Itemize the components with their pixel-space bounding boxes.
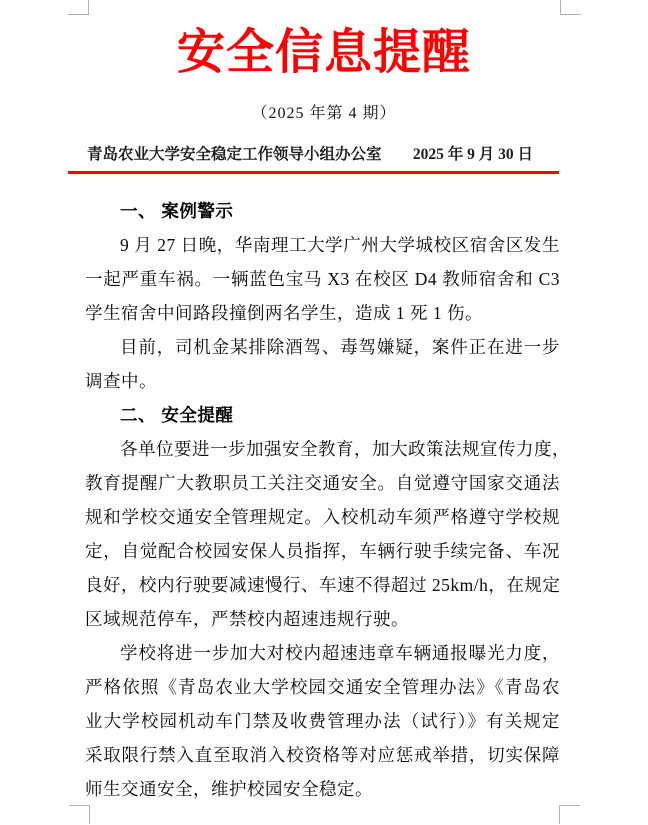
document-page: 安全信息提醒 （2025 年第 4 期） 青岛农业大学安全稳定工作领导小组办公室… xyxy=(0,0,648,825)
section-heading: 一、 案例警示 xyxy=(85,194,560,228)
body-line: 区域规范停车，严禁校内超速违规行驶。 xyxy=(85,602,560,636)
body-line: 目前，司机金某排除酒驾、毒驾嫌疑，案件正在进一步 xyxy=(85,330,560,364)
body-line: 一起严重车祸。一辆蓝色宝马 X3 在校区 D4 教师宿舍和 C3 xyxy=(85,262,560,296)
body-line: 各单位要进一步加强安全教育，加大政策法规宣传力度， xyxy=(85,432,560,466)
margin-crop-mark-bottom-right xyxy=(559,805,580,824)
issue-number: （2025 年第 4 期） xyxy=(0,102,648,126)
body-line: 教育提醒广大教职员工关注交通安全。自觉遵守国家交通法 xyxy=(85,466,560,500)
body-line: 严格依照《青岛农业大学校园交通安全管理办法》《青岛农 xyxy=(85,670,560,704)
body-line: 调查中。 xyxy=(85,364,560,398)
document-body: 一、 案例警示9 月 27 日晚，华南理工大学广州大学城校区宿舍区发生一起严重车… xyxy=(85,194,560,806)
body-line: 定，自觉配合校园安保人员指挥，车辆行驶手续完备、车况 xyxy=(85,534,560,568)
margin-crop-mark-top-right xyxy=(560,0,581,15)
issuer-name: 青岛农业大学安全稳定工作领导小组办公室 xyxy=(87,142,382,168)
issuing-line: 青岛农业大学安全稳定工作领导小组办公室 2025 年 9 月 30 日 xyxy=(87,142,533,168)
section-heading: 二、 安全提醒 xyxy=(85,398,560,432)
body-line: 采取限行禁入直至取消入校资格等对应惩戒举措，切实保障 xyxy=(85,738,560,772)
body-line: 良好，校内行驶要减速慢行、车速不得超过 25km/h，在规定 xyxy=(85,568,560,602)
document-title: 安全信息提醒 xyxy=(0,22,648,84)
margin-crop-mark-bottom-left xyxy=(69,805,90,824)
body-line: 9 月 27 日晚，华南理工大学广州大学城校区宿舍区发生 xyxy=(85,228,560,262)
body-line: 学生宿舍中间路段撞倒两名学生，造成 1 死 1 伤。 xyxy=(85,296,560,330)
body-line: 规和学校交通安全管理规定。入校机动车须严格遵守学校规 xyxy=(85,500,560,534)
body-line: 业大学校园机动车门禁及收费管理办法（试行）》有关规定 xyxy=(85,704,560,738)
body-line: 学校将进一步加大对校内超速违章车辆通报曝光力度， xyxy=(85,636,560,670)
issue-date: 2025 年 9 月 30 日 xyxy=(413,142,533,168)
red-header-rule xyxy=(68,171,559,174)
margin-crop-mark-top-left xyxy=(68,0,89,15)
body-line: 师生交通安全，维护校园安全稳定。 xyxy=(85,772,560,806)
